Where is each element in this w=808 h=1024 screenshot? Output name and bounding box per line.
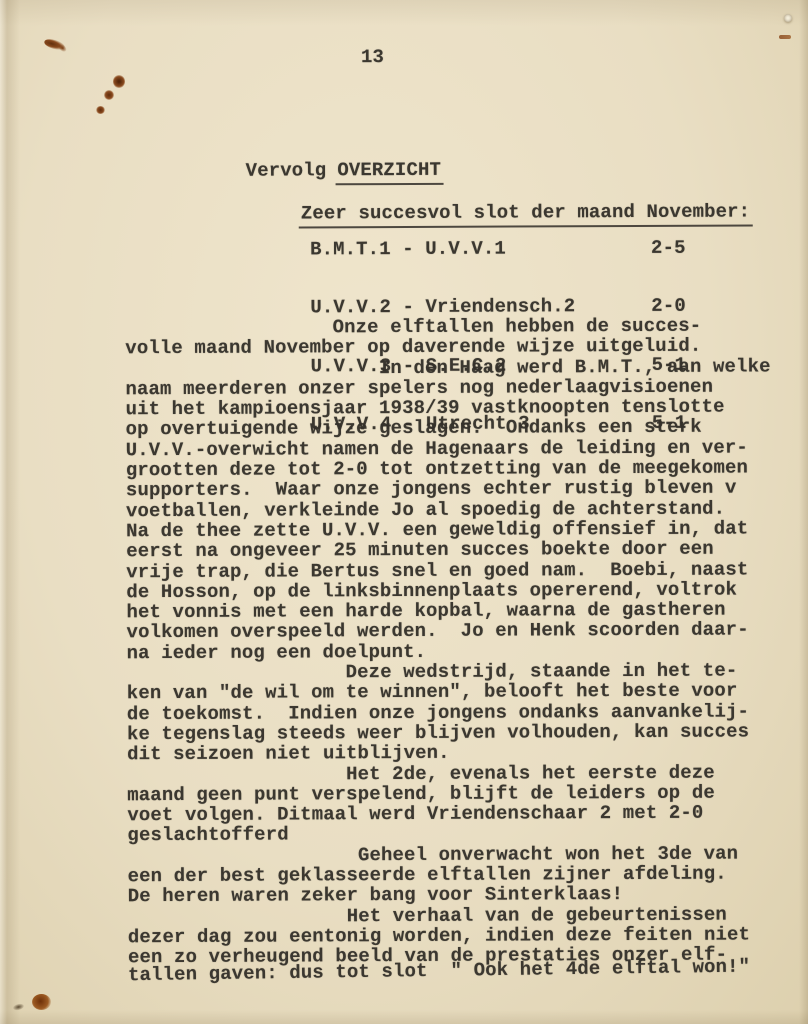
result-score: 2-5 [651,236,686,258]
result-teams: B.M.T.1 - U.V.V.1 [310,238,651,259]
heading-prefix: Vervolg [246,159,327,181]
rust-stain-icon [104,90,114,100]
body-text: Onze elftallen hebben de succes- volle m… [125,315,773,967]
rust-stain-icon [113,75,125,88]
rust-stain-icon [96,106,105,114]
rust-stain-icon [32,994,51,1010]
result-score: 2-0 [651,295,686,317]
result-row: B.M.T.1 - U.V.V.12-5 [218,219,686,280]
rust-stain-icon [779,35,791,39]
page-number: 13 [361,46,384,68]
paper-hole-icon [784,14,792,22]
page-content: 13 VervolgOVERZICHT Zeer succesvol slot … [0,0,808,1024]
scanned-page: 13 VervolgOVERZICHT Zeer succesvol slot … [0,0,808,1024]
